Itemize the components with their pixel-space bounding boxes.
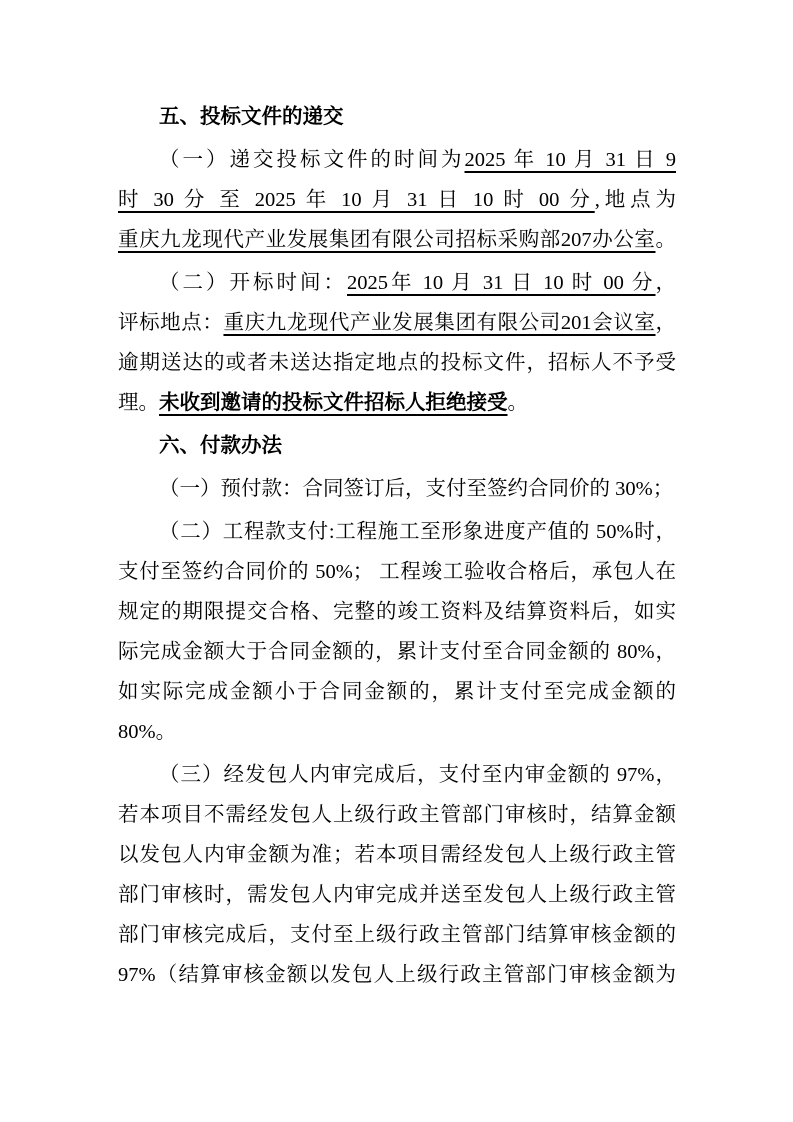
section-6-para-1: （一）预付款：合同签订后，支付至签约合同价的 30%； <box>118 469 676 509</box>
text-line: 80%。 <box>118 712 676 752</box>
text-line: 以发包人内审金额为准；若本项目需经发包人上级行政主管 <box>118 835 676 875</box>
text-run: （一）递交投标文件的时间为 <box>159 149 465 171</box>
text-run: 如实际完成金额小于合同金额的，累计支付至完成金额的 <box>118 681 676 703</box>
text-run: 支付至签约合同价的 50%； 工程竣工验收合格后，承包人在 <box>118 561 676 583</box>
text-run: 五、投标文件的递交 <box>159 105 344 128</box>
text-line: 五、投标文件的递交 <box>118 97 676 137</box>
text-line: （一）预付款：合同签订后，支付至签约合同价的 30%； <box>118 469 676 509</box>
text-run: 重庆九龙现代产业发展集团有限公司201会议室 <box>223 312 655 334</box>
text-run: 。 <box>508 392 529 414</box>
text-line: 97%（结算审核金额以发包人上级行政主管部门审核金额为 <box>118 955 676 995</box>
text-line: （二）工程款支付:工程施工至形象进度产值的 50%时， <box>118 512 676 552</box>
section-5-heading: 五、投标文件的递交 <box>118 97 676 137</box>
text-run: （二）工程款支付:工程施工至形象进度产值的 50%时， <box>159 521 676 543</box>
section-6-para-2: （二）工程款支付:工程施工至形象进度产值的 50%时，支付至签约合同价的 50%… <box>118 512 676 752</box>
text-line: 逾期送达的或者未送达指定地点的投标文件，招标人不予受 <box>118 343 676 383</box>
text-run: 2025年 10 月 31 日 10 时 00 分 <box>347 272 656 294</box>
text-line: 如实际完成金额小于合同金额的，累计支付至完成金额的 <box>118 672 676 712</box>
section-5-para-1: （一）递交投标文件的时间为2025 年 10 月 31 日 9时 30 分 至 … <box>118 140 676 260</box>
text-run: 重庆九龙现代产业发展集团有限公司招标采购部207办公室 <box>118 229 656 251</box>
text-line: （一）递交投标文件的时间为2025 年 10 月 31 日 9 <box>118 140 676 180</box>
text-run: 80%。 <box>118 721 176 743</box>
text-run: ,地点为 <box>595 189 676 211</box>
document-page: 五、投标文件的递交（一）递交投标文件的时间为2025 年 10 月 31 日 9… <box>0 0 793 1122</box>
text-line: 若本项目不需经发包人上级行政主管部门审核时，结算金额 <box>118 795 676 835</box>
text-run: ， <box>656 272 677 294</box>
text-line: （二）开标时间：2025年 10 月 31 日 10 时 00 分， <box>118 263 676 303</box>
text-run: 评标地点： <box>118 312 223 334</box>
text-run: 理。 <box>118 392 159 414</box>
text-run: 部门审核完成后，支付至上级行政主管部门结算审核金额的 <box>118 924 676 946</box>
text-run: 逾期送达的或者未送达指定地点的投标文件，招标人不予受 <box>118 352 676 374</box>
text-line: 评标地点：重庆九龙现代产业发展集团有限公司201会议室， <box>118 303 676 343</box>
text-run: 以发包人内审金额为准；若本项目需经发包人上级行政主管 <box>118 844 676 866</box>
text-run: 际完成金额大于合同金额的，累计支付至合同金额的 80%， <box>118 641 676 663</box>
document-content: 五、投标文件的递交（一）递交投标文件的时间为2025 年 10 月 31 日 9… <box>118 97 676 995</box>
text-line: 六、付款办法 <box>118 426 676 466</box>
text-run: 97%（结算审核金额以发包人上级行政主管部门审核金额为 <box>118 964 676 986</box>
text-line: 理。未收到邀请的投标文件招标人拒绝接受。 <box>118 383 676 423</box>
text-line: （三）经发包人内审完成后，支付至内审金额的 97%， <box>118 755 676 795</box>
text-run: 2025 年 10 月 31 日 9 <box>465 149 677 171</box>
text-run: ， <box>656 312 677 334</box>
text-line: 重庆九龙现代产业发展集团有限公司招标采购部207办公室。 <box>118 220 676 260</box>
text-run: 时 30 分 至 2025 年 10 月 31 日 10 时 00 分 <box>118 189 595 211</box>
text-run: （二）开标时间： <box>159 272 347 294</box>
text-run: 。 <box>656 229 677 251</box>
text-line: 部门审核完成后，支付至上级行政主管部门结算审核金额的 <box>118 915 676 955</box>
section-6-heading: 六、付款办法 <box>118 426 676 466</box>
text-run: 若本项目不需经发包人上级行政主管部门审核时，结算金额 <box>118 804 676 826</box>
text-run: （一）预付款：合同签订后，支付至签约合同价的 30%； <box>159 478 673 500</box>
text-run: 规定的期限提交合格、完整的竣工资料及结算资料后，如实 <box>118 601 676 623</box>
text-line: 时 30 分 至 2025 年 10 月 31 日 10 时 00 分,地点为 <box>118 180 676 220</box>
text-run: 未收到邀请的投标文件招标人拒绝接受 <box>159 391 508 414</box>
text-line: 部门审核时，需发包人内审完成并送至发包人上级行政主管 <box>118 875 676 915</box>
section-6-para-3: （三）经发包人内审完成后，支付至内审金额的 97%，若本项目不需经发包人上级行政… <box>118 755 676 995</box>
text-run: 六、付款办法 <box>159 434 282 457</box>
section-5-para-2: （二）开标时间：2025年 10 月 31 日 10 时 00 分，评标地点：重… <box>118 263 676 423</box>
text-line: 支付至签约合同价的 50%； 工程竣工验收合格后，承包人在 <box>118 552 676 592</box>
text-run: （三）经发包人内审完成后，支付至内审金额的 97%， <box>159 764 676 786</box>
text-line: 规定的期限提交合格、完整的竣工资料及结算资料后，如实 <box>118 592 676 632</box>
text-run: 部门审核时，需发包人内审完成并送至发包人上级行政主管 <box>118 884 676 906</box>
text-line: 际完成金额大于合同金额的，累计支付至合同金额的 80%， <box>118 632 676 672</box>
